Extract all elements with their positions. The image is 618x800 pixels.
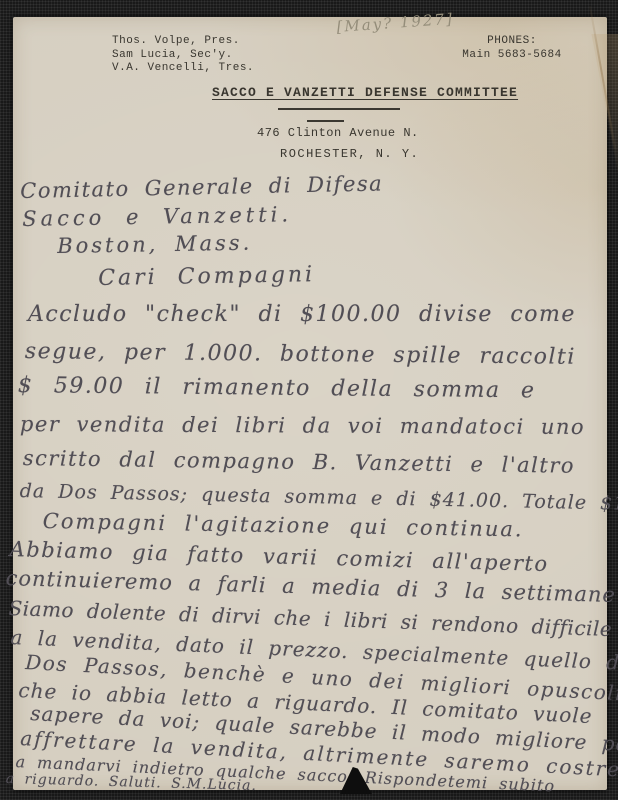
officers-block: Thos. Volpe, Pres. Sam Lucia, Sec'y. V.A…: [112, 35, 254, 76]
letter-recipient-line: Boston, Mass.: [57, 231, 252, 258]
committee-title: SACCO E VANZETTI DEFENSE COMMITTEE: [212, 85, 524, 100]
officer-line-president: Thos. Volpe, Pres.: [112, 35, 254, 49]
officer-line-secretary: Sam Lucia, Sec'y.: [112, 49, 254, 63]
scanned-letter-page: Thos. Volpe, Pres. Sam Lucia, Sec'y. V.A…: [0, 0, 618, 800]
letter-salutation: Cari Compagni: [98, 262, 315, 291]
letter-line: Accludo "check" di $100.00 divise come: [28, 302, 576, 327]
title-rule-short: [307, 120, 344, 122]
phones-label: PHONES:: [460, 35, 564, 49]
address-city: ROCHESTER, N. Y.: [280, 147, 419, 161]
officer-line-treasurer: V.A. Vencelli, Tres.: [112, 62, 254, 76]
title-rule-long: [278, 108, 400, 110]
phones-number: Main 5683-5684: [460, 49, 564, 63]
paper-corner-stain: [568, 34, 618, 184]
address-street: 476 Clinton Avenue N.: [257, 126, 419, 140]
phones-block: PHONES: Main 5683-5684: [460, 35, 564, 62]
letter-line: per vendita dei libri da voi mandatoci u…: [20, 412, 585, 439]
letter-recipient-line: Sacco e Vanzetti.: [22, 202, 292, 231]
